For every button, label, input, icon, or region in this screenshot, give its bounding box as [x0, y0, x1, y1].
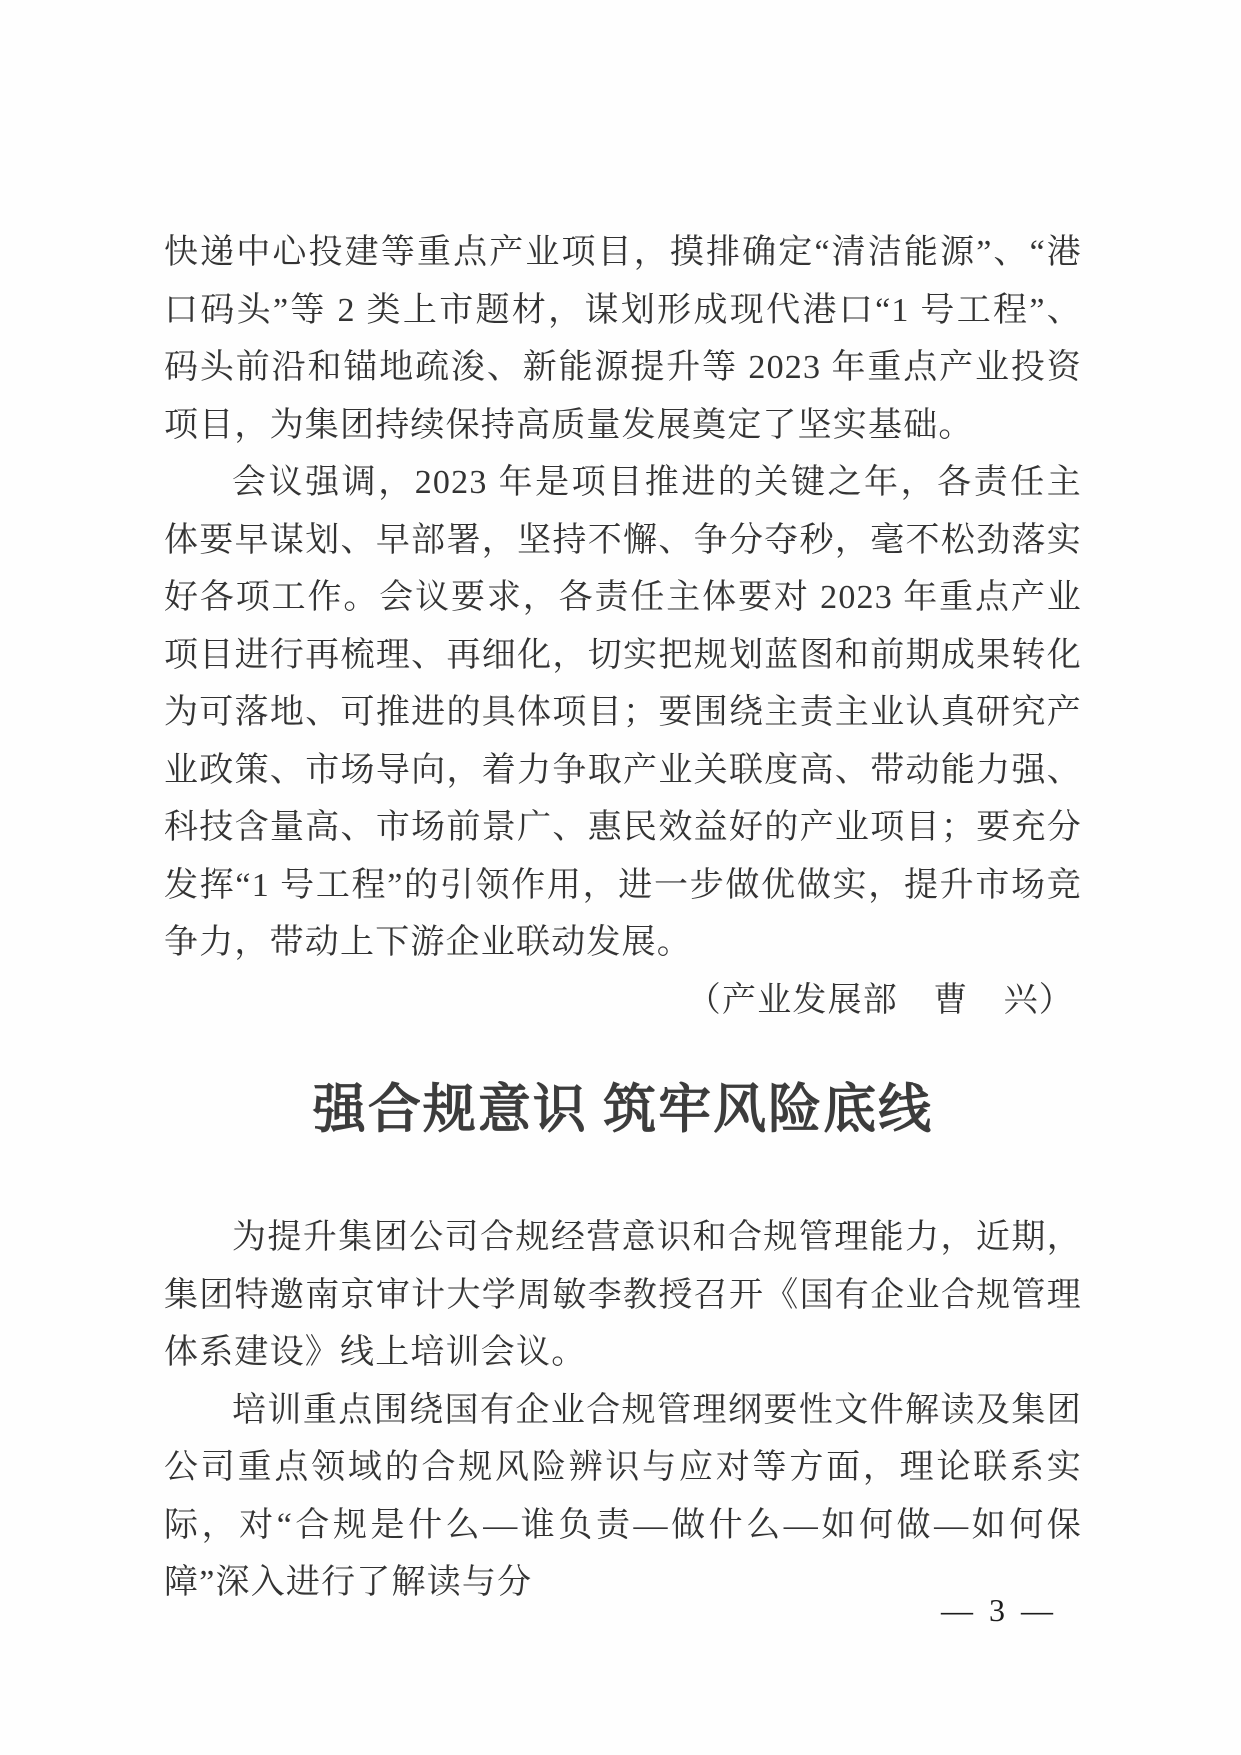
document-content: 快递中心投建等重点产业项目，摸排确定“清洁能源”、“港口码头”等 2 类上市题材…: [164, 224, 1082, 1612]
body-paragraph: 会议强调，2023 年是项目推进的关键之年，各责任主体要早谋划、早部署，坚持不懈…: [164, 454, 1082, 972]
paragraph-group-after-heading: 为提升集团公司合规经营意识和合规管理能力，近期，集团特邀南京审计大学周敏李教授召…: [164, 1209, 1082, 1612]
page-number: — 3 —: [941, 1592, 1057, 1628]
paragraph-group-before-heading: 快递中心投建等重点产业项目，摸排确定“清洁能源”、“港口码头”等 2 类上市题材…: [164, 224, 1082, 972]
body-paragraph: 为提升集团公司合规经营意识和合规管理能力，近期，集团特邀南京审计大学周敏李教授召…: [164, 1209, 1082, 1382]
section-heading: 强合规意识 筑牢风险底线: [164, 1075, 1082, 1145]
document-page: 快递中心投建等重点产业项目，摸排确定“清洁能源”、“港口码头”等 2 类上市题材…: [0, 0, 1241, 1755]
attribution-line: （产业发展部 曹 兴）: [164, 972, 1082, 1030]
body-paragraph: 培训重点围绕国有企业合规管理纲要性文件解读及集团公司重点领域的合规风险辨识与应对…: [164, 1382, 1082, 1612]
body-paragraph: 快递中心投建等重点产业项目，摸排确定“清洁能源”、“港口码头”等 2 类上市题材…: [164, 224, 1082, 454]
